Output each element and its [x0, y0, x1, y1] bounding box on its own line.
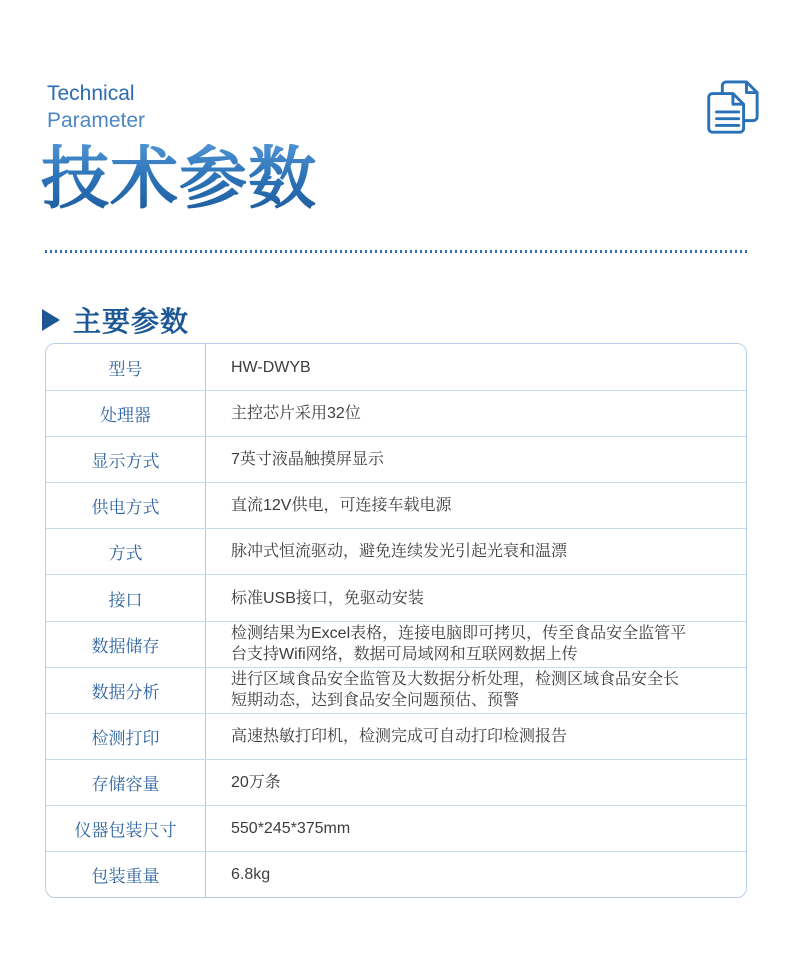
param-label: 型号 — [46, 344, 206, 390]
param-label: 检测打印 — [46, 714, 206, 759]
section-title: 主要参数 — [73, 300, 189, 340]
table-row: 接口标准USB接口，免驱动安装 — [46, 574, 746, 620]
param-label: 方式 — [46, 529, 206, 574]
table-row: 数据分析进行区域食品安全监管及大数据分析处理，检测区域食品安全长短期动态，达到食… — [46, 667, 746, 713]
param-value: 进行区域食品安全监管及大数据分析处理，检测区域食品安全长短期动态，达到食品安全问… — [206, 668, 746, 713]
param-value: 主控芯片采用32位 — [206, 391, 746, 436]
param-label: 包装重量 — [46, 852, 206, 897]
section-header: 主要参数 — [42, 300, 189, 340]
page: Technical Parameter 技术参数 主要参数 型号HW-DWYB处… — [0, 0, 790, 968]
table-row: 包装重量6.8kg — [46, 851, 746, 897]
table-row: 供电方式直流12V供电，可连接车载电源 — [46, 482, 746, 528]
triangle-bullet-icon — [42, 309, 60, 331]
param-label: 显示方式 — [46, 437, 206, 482]
param-label: 仪器包装尺寸 — [46, 806, 206, 851]
params-table: 型号HW-DWYB处理器主控芯片采用32位显示方式7英寸液晶触摸屏显示供电方式直… — [45, 343, 747, 898]
param-label: 数据分析 — [46, 668, 206, 713]
param-label: 供电方式 — [46, 483, 206, 528]
param-label: 处理器 — [46, 391, 206, 436]
param-value: HW-DWYB — [206, 344, 746, 390]
table-row: 处理器主控芯片采用32位 — [46, 390, 746, 436]
param-value: 标准USB接口，免驱动安装 — [206, 575, 746, 620]
table-row: 存储容量20万条 — [46, 759, 746, 805]
table-row: 仪器包装尺寸550*245*375mm — [46, 805, 746, 851]
table-row: 数据储存检测结果为Excel表格，连接电脑即可拷贝，传至食品安全监管平台支持Wi… — [46, 621, 746, 667]
param-value: 6.8kg — [206, 852, 746, 897]
table-row: 检测打印高速热敏打印机，检测完成可自动打印检测报告 — [46, 713, 746, 759]
param-value: 550*245*375mm — [206, 806, 746, 851]
copy-documents-icon — [700, 79, 762, 139]
page-title: 技术参数 — [41, 144, 317, 215]
param-value: 7英寸液晶触摸屏显示 — [206, 437, 746, 482]
eyebrow-line2: Parameter — [47, 107, 145, 134]
dotted-divider — [45, 250, 747, 253]
param-label: 接口 — [46, 575, 206, 620]
param-value: 高速热敏打印机，检测完成可自动打印检测报告 — [206, 714, 746, 759]
param-label: 数据储存 — [46, 622, 206, 667]
param-value: 20万条 — [206, 760, 746, 805]
eyebrow: Technical Parameter — [47, 80, 145, 134]
table-row: 方式脉冲式恒流驱动，避免连续发光引起光衰和温漂 — [46, 528, 746, 574]
eyebrow-line1: Technical — [47, 80, 145, 107]
param-value: 检测结果为Excel表格，连接电脑即可拷贝，传至食品安全监管平台支持Wifi网络… — [206, 622, 746, 667]
param-label: 存储容量 — [46, 760, 206, 805]
table-row: 型号HW-DWYB — [46, 344, 746, 390]
table-row: 显示方式7英寸液晶触摸屏显示 — [46, 436, 746, 482]
param-value: 脉冲式恒流驱动，避免连续发光引起光衰和温漂 — [206, 529, 746, 574]
param-value: 直流12V供电，可连接车载电源 — [206, 483, 746, 528]
